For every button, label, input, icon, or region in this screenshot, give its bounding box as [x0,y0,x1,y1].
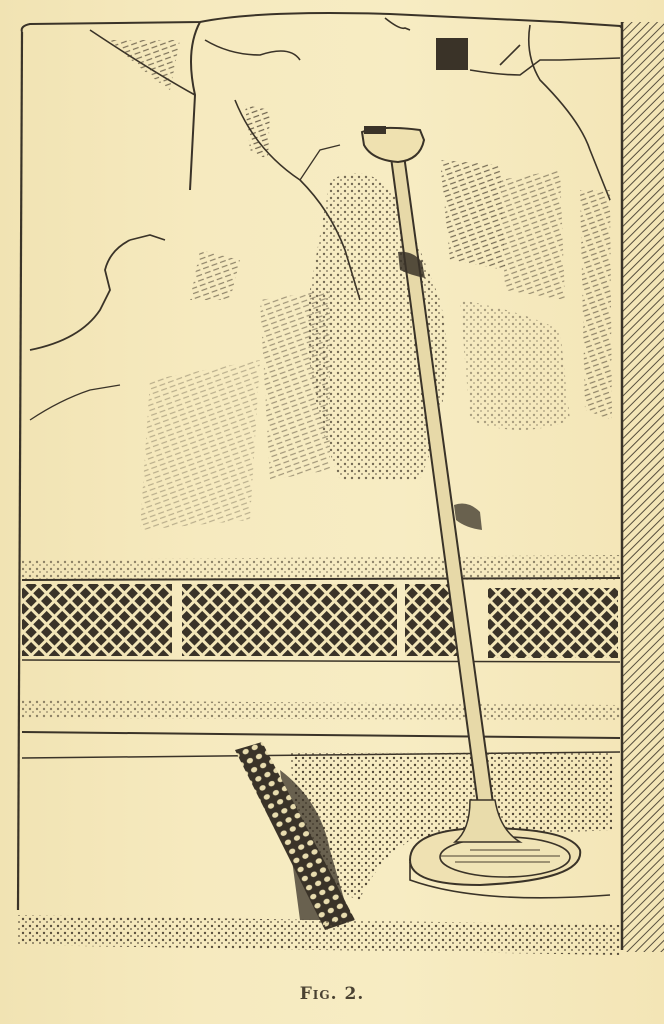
figure-illustration [0,0,664,970]
wall-niche [436,38,468,70]
figure-caption: Fig. 2. [0,984,664,1004]
wall-edge-hatching [622,22,664,952]
book-page: Fig. 2. [0,0,664,1024]
lattice-band [22,584,618,658]
